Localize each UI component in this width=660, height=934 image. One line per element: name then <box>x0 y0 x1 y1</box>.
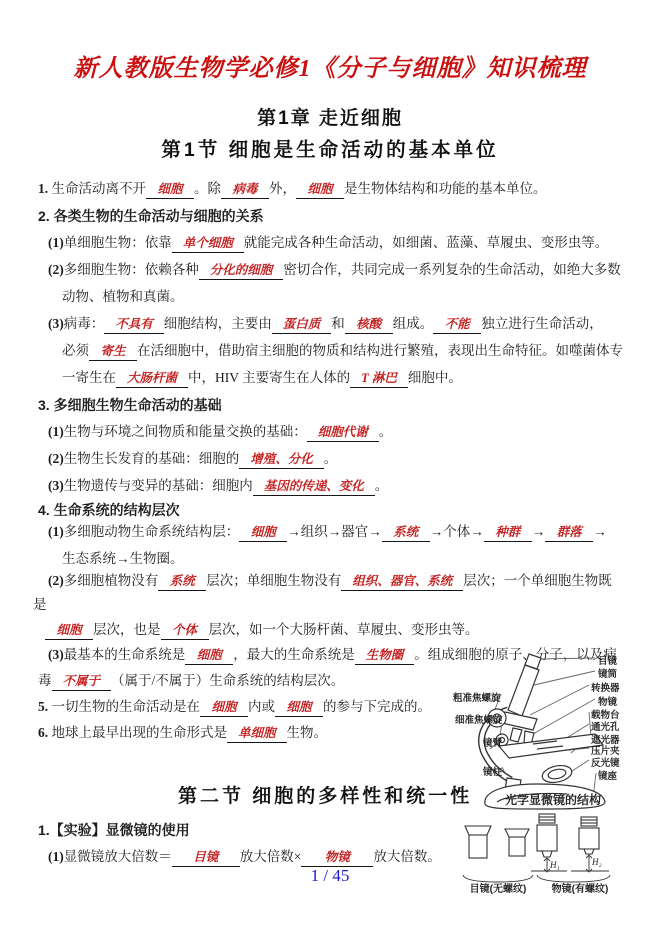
text-segment: (3) <box>48 478 64 493</box>
text-segment: 2. 各类生物的生命活动与细胞的关系 <box>38 208 264 224</box>
text-segment: (3) <box>48 316 64 331</box>
blank-answer: 种群 <box>484 524 532 542</box>
text-segment: 毒 <box>38 673 52 688</box>
blank-answer: 生物圈 <box>355 647 415 665</box>
text-segment: 3. 多细胞生物生命活动的基础 <box>38 397 222 413</box>
text-line: (1)显微镜放大倍数＝目镜放大倍数×物镜放大倍数。 <box>48 847 441 867</box>
text-segment: (1) <box>48 524 64 539</box>
text-segment: 密切合作，共同完成一系列复杂的生命活动，如绝大多数 <box>283 262 621 277</box>
text-segment: 5. <box>38 699 52 714</box>
text-segment: (1) <box>48 849 64 864</box>
text-segment: 生物与环境之间物质和能量交换的基础： <box>64 424 307 439</box>
text-segment: 一切生物的生命活动是在 <box>52 699 201 714</box>
text-segment: 。 <box>379 424 393 439</box>
text-segment: 生命活动离不开 <box>52 181 147 196</box>
text-segment: (1) <box>48 424 64 439</box>
text-segment: →组织→器官→ <box>287 524 382 539</box>
section2-heading: 第二节 细胞的多样性和统一性 <box>178 781 472 808</box>
text-line: (3)生物遗传与变异的基础：细胞内基因的传递、变化。 <box>48 476 388 496</box>
microscope-part-label: 目镜 <box>598 653 617 667</box>
blank-answer: 细胞 <box>146 181 194 199</box>
text-segment: 病毒： <box>64 316 105 331</box>
text-line: 毒不属于（属于/不属于）生命系统的结构层次。 <box>38 671 344 691</box>
blank-answer: 寄生 <box>89 343 137 361</box>
text-segment: 放大倍数× <box>240 849 302 864</box>
text-segment: 。 <box>324 451 338 466</box>
text-segment: 一寄生在 <box>62 370 116 385</box>
text-line: 一寄生在大肠杆菌中，HIV 主要寄生在人体的T 淋巴细胞中。 <box>62 368 462 388</box>
microscope-part-label: 细准焦螺旋 <box>455 712 503 726</box>
text-segment: 生物遗传与变异的基础：细胞内 <box>64 478 253 493</box>
blank-answer: 细胞 <box>239 524 287 542</box>
text-line: 5. 一切生物的生命活动是在细胞内或细胞的参与下完成的。 <box>38 697 431 717</box>
text-segment: 生态系统→生物圈。 <box>62 551 184 566</box>
microscope-figure: 目镜镜筒转换器物镜载物台通光孔遮光器压片夹反光镜镜座粗准焦螺旋细准焦螺旋镜臂镜柱… <box>445 652 660 810</box>
blank-answer: 细胞 <box>45 622 93 640</box>
microscope-part-label: 镜座 <box>598 768 617 782</box>
text-segment: 内或 <box>248 699 275 714</box>
blank-answer: 组织、器官、系统 <box>341 573 463 591</box>
text-segment: →个体→ <box>430 524 484 539</box>
blank-answer: 目镜 <box>172 849 240 867</box>
text-line: (2)多细胞植物没有系统层次；单细胞生物没有组织、器官、系统层次；一个单细胞生物… <box>48 571 612 591</box>
text-segment: (2) <box>48 573 64 588</box>
text-segment: 层次；单细胞生物没有 <box>206 573 341 588</box>
document-page: 新人教版生物学必修1《分子与细胞》知识梳理 第1章 走近细胞 第1节 细胞是生命… <box>0 0 660 934</box>
text-segment: 必须 <box>62 343 89 358</box>
text-segment: 生物生长发育的基础：细胞的 <box>64 451 240 466</box>
text-segment: (1) <box>48 235 64 250</box>
chapter-heading: 第1章 走近细胞 <box>0 103 660 130</box>
blank-answer: 分化的细胞 <box>199 262 284 280</box>
text-segment: 6. <box>38 725 52 740</box>
blank-answer: 不能 <box>433 316 481 334</box>
blank-answer: 个体 <box>161 622 209 640</box>
text-segment: → <box>532 524 546 539</box>
text-segment: （属于/不属于）生命系统的结构层次。 <box>111 673 344 688</box>
text-segment: 多细胞植物没有 <box>64 573 159 588</box>
text-segment: 显微镜放大倍数＝ <box>64 849 172 864</box>
text-line: 6. 地球上最早出现的生命形式是单细胞生物。 <box>38 723 327 743</box>
text-segment: 多细胞动物生命系统结构层： <box>64 524 240 539</box>
blank-answer: 细胞 <box>200 699 248 717</box>
blank-answer: 病毒 <box>221 181 269 199</box>
text-segment: 1. <box>38 181 52 196</box>
text-segment: (2) <box>48 451 64 466</box>
microscope-part-label: 转换器 <box>591 680 620 694</box>
text-line: (1)生物与环境之间物质和能量交换的基础：细胞代谢。 <box>48 422 392 442</box>
text-line: 生态系统→生物圈。 <box>62 549 184 569</box>
blank-answer: 物镜 <box>301 849 373 867</box>
blank-answer: 单个细胞 <box>172 235 244 253</box>
text-segment: 最基本的生命系统是 <box>64 647 186 662</box>
text-segment: 细胞结构，主要由 <box>164 316 272 331</box>
blank-answer: 细胞 <box>296 181 344 199</box>
blank-answer: 蛋白质 <box>272 316 332 334</box>
text-segment: 动物、植物和真菌。 <box>62 289 184 304</box>
text-segment: 层次，如一个大肠杆菌、草履虫、变形虫等。 <box>209 622 479 637</box>
text-segment: 在活细胞中，借助宿主细胞的物质和结构进行繁殖，表现出生命特征。如噬菌体专 <box>137 343 623 358</box>
text-segment: 生物。 <box>287 725 328 740</box>
microscope-part-label: 物镜 <box>598 694 617 708</box>
page-number: 1 / 45 <box>0 866 660 886</box>
microscope-drawing <box>445 652 660 810</box>
section1-heading: 第1节 细胞是生命活动的基本单位 <box>0 134 660 162</box>
text-segment: 中，HIV 主要寄生在人体的 <box>188 370 350 385</box>
text-segment: 组成。 <box>393 316 434 331</box>
text-line: 1. 生命活动离不开细胞。除病毒外，细胞是生物体结构和功能的基本单位。 <box>38 179 547 199</box>
microscope-part-label: 粗准焦螺旋 <box>453 690 501 704</box>
microscope-figure-caption: 光学显微镜的结构 <box>493 791 613 808</box>
blank-answer: 不属于 <box>52 673 112 691</box>
text-segment: 多细胞生物：依赖各种 <box>64 262 199 277</box>
text-segment: 的参与下完成的。 <box>323 699 431 714</box>
doc-title: 新人教版生物学必修1《分子与细胞》知识梳理 <box>0 48 660 83</box>
text-segment: → <box>593 524 607 539</box>
text-segment: ，最大的生命系统是 <box>233 647 355 662</box>
text-segment: 外， <box>269 181 296 196</box>
text-line: 2. 各类生物的生命活动与细胞的关系 <box>38 206 264 226</box>
text-line: (3)病毒：不具有细胞结构，主要由蛋白质和核酸组成。不能独立进行生命活动， <box>48 314 603 334</box>
blank-answer: 细胞代谢 <box>307 424 379 442</box>
microscope-part-label: 镜臂 <box>483 735 502 749</box>
text-line: (2)多细胞生物：依赖各种分化的细胞密切合作，共同完成一系列复杂的生命活动，如绝… <box>48 260 621 280</box>
text-segment: 细胞中。 <box>408 370 462 385</box>
text-segment: 放大倍数。 <box>373 849 441 864</box>
microscope-part-label: 反光镜 <box>591 755 620 769</box>
blank-answer: 大肠杆菌 <box>116 370 188 388</box>
text-segment: (3) <box>48 647 64 662</box>
blank-answer: 细胞 <box>275 699 323 717</box>
text-segment: 地球上最早出现的生命形式是 <box>52 725 228 740</box>
microscope-part-label: 镜筒 <box>598 666 617 680</box>
text-segment: 单细胞生物：依靠 <box>64 235 172 250</box>
text-line: 必须寄生在活细胞中，借助宿主细胞的物质和结构进行繁殖，表现出生命特征。如噬菌体专 <box>62 341 623 361</box>
lens-figure: H₁ H₂ 目镜(无螺纹) 物镜(有螺纹) <box>445 810 660 902</box>
blank-answer: 增殖、分化 <box>239 451 324 469</box>
text-line: 1.【实验】显微镜的使用 <box>38 820 190 840</box>
blank-answer: 不具有 <box>104 316 164 334</box>
text-line: 是 <box>33 595 47 615</box>
blank-answer: 单细胞 <box>227 725 287 743</box>
text-segment: 1.【实验】显微镜的使用 <box>38 822 190 838</box>
blank-answer: 细胞 <box>185 647 233 665</box>
text-line: (2)生物生长发育的基础：细胞的增殖、分化。 <box>48 449 337 469</box>
blank-answer: 基因的传递、变化 <box>253 478 375 496</box>
text-line: 4. 生命系统的结构层次 <box>38 500 180 520</box>
blank-answer: T 淋巴 <box>350 370 408 388</box>
text-line: 动物、植物和真菌。 <box>62 287 184 307</box>
text-line: 细胞层次，也是个体层次，如一个大肠杆菌、草履虫、变形虫等。 <box>45 620 479 640</box>
text-segment: 就能完成各种生命活动，如细菌、蓝藻、草履虫、变形虫等。 <box>244 235 609 250</box>
blank-answer: 系统 <box>158 573 206 591</box>
blank-answer: 群落 <box>545 524 593 542</box>
text-segment: 。除 <box>194 181 221 196</box>
text-segment: 是 <box>33 597 47 612</box>
text-segment: 是生物体结构和功能的基本单位。 <box>344 181 547 196</box>
text-segment: 层次；一个单细胞生物既 <box>463 573 612 588</box>
microscope-part-label: 通光孔 <box>591 719 620 733</box>
text-segment: 和 <box>331 316 345 331</box>
text-line: 3. 多细胞生物生命活动的基础 <box>38 395 222 415</box>
text-segment: 独立进行生命活动， <box>481 316 603 331</box>
text-line: (1)多细胞动物生命系统结构层：细胞→组织→器官→系统→个体→种群→群落→ <box>48 522 607 542</box>
blank-answer: 系统 <box>382 524 430 542</box>
text-segment: 。 <box>375 478 389 493</box>
text-segment: 4. 生命系统的结构层次 <box>38 502 180 518</box>
text-segment: 层次，也是 <box>93 622 161 637</box>
blank-answer: 核酸 <box>345 316 393 334</box>
text-segment: (2) <box>48 262 64 277</box>
text-line: (1)单细胞生物：依靠单个细胞就能完成各种生命活动，如细菌、蓝藻、草履虫、变形虫… <box>48 233 608 253</box>
microscope-part-label: 镜柱 <box>483 764 502 778</box>
